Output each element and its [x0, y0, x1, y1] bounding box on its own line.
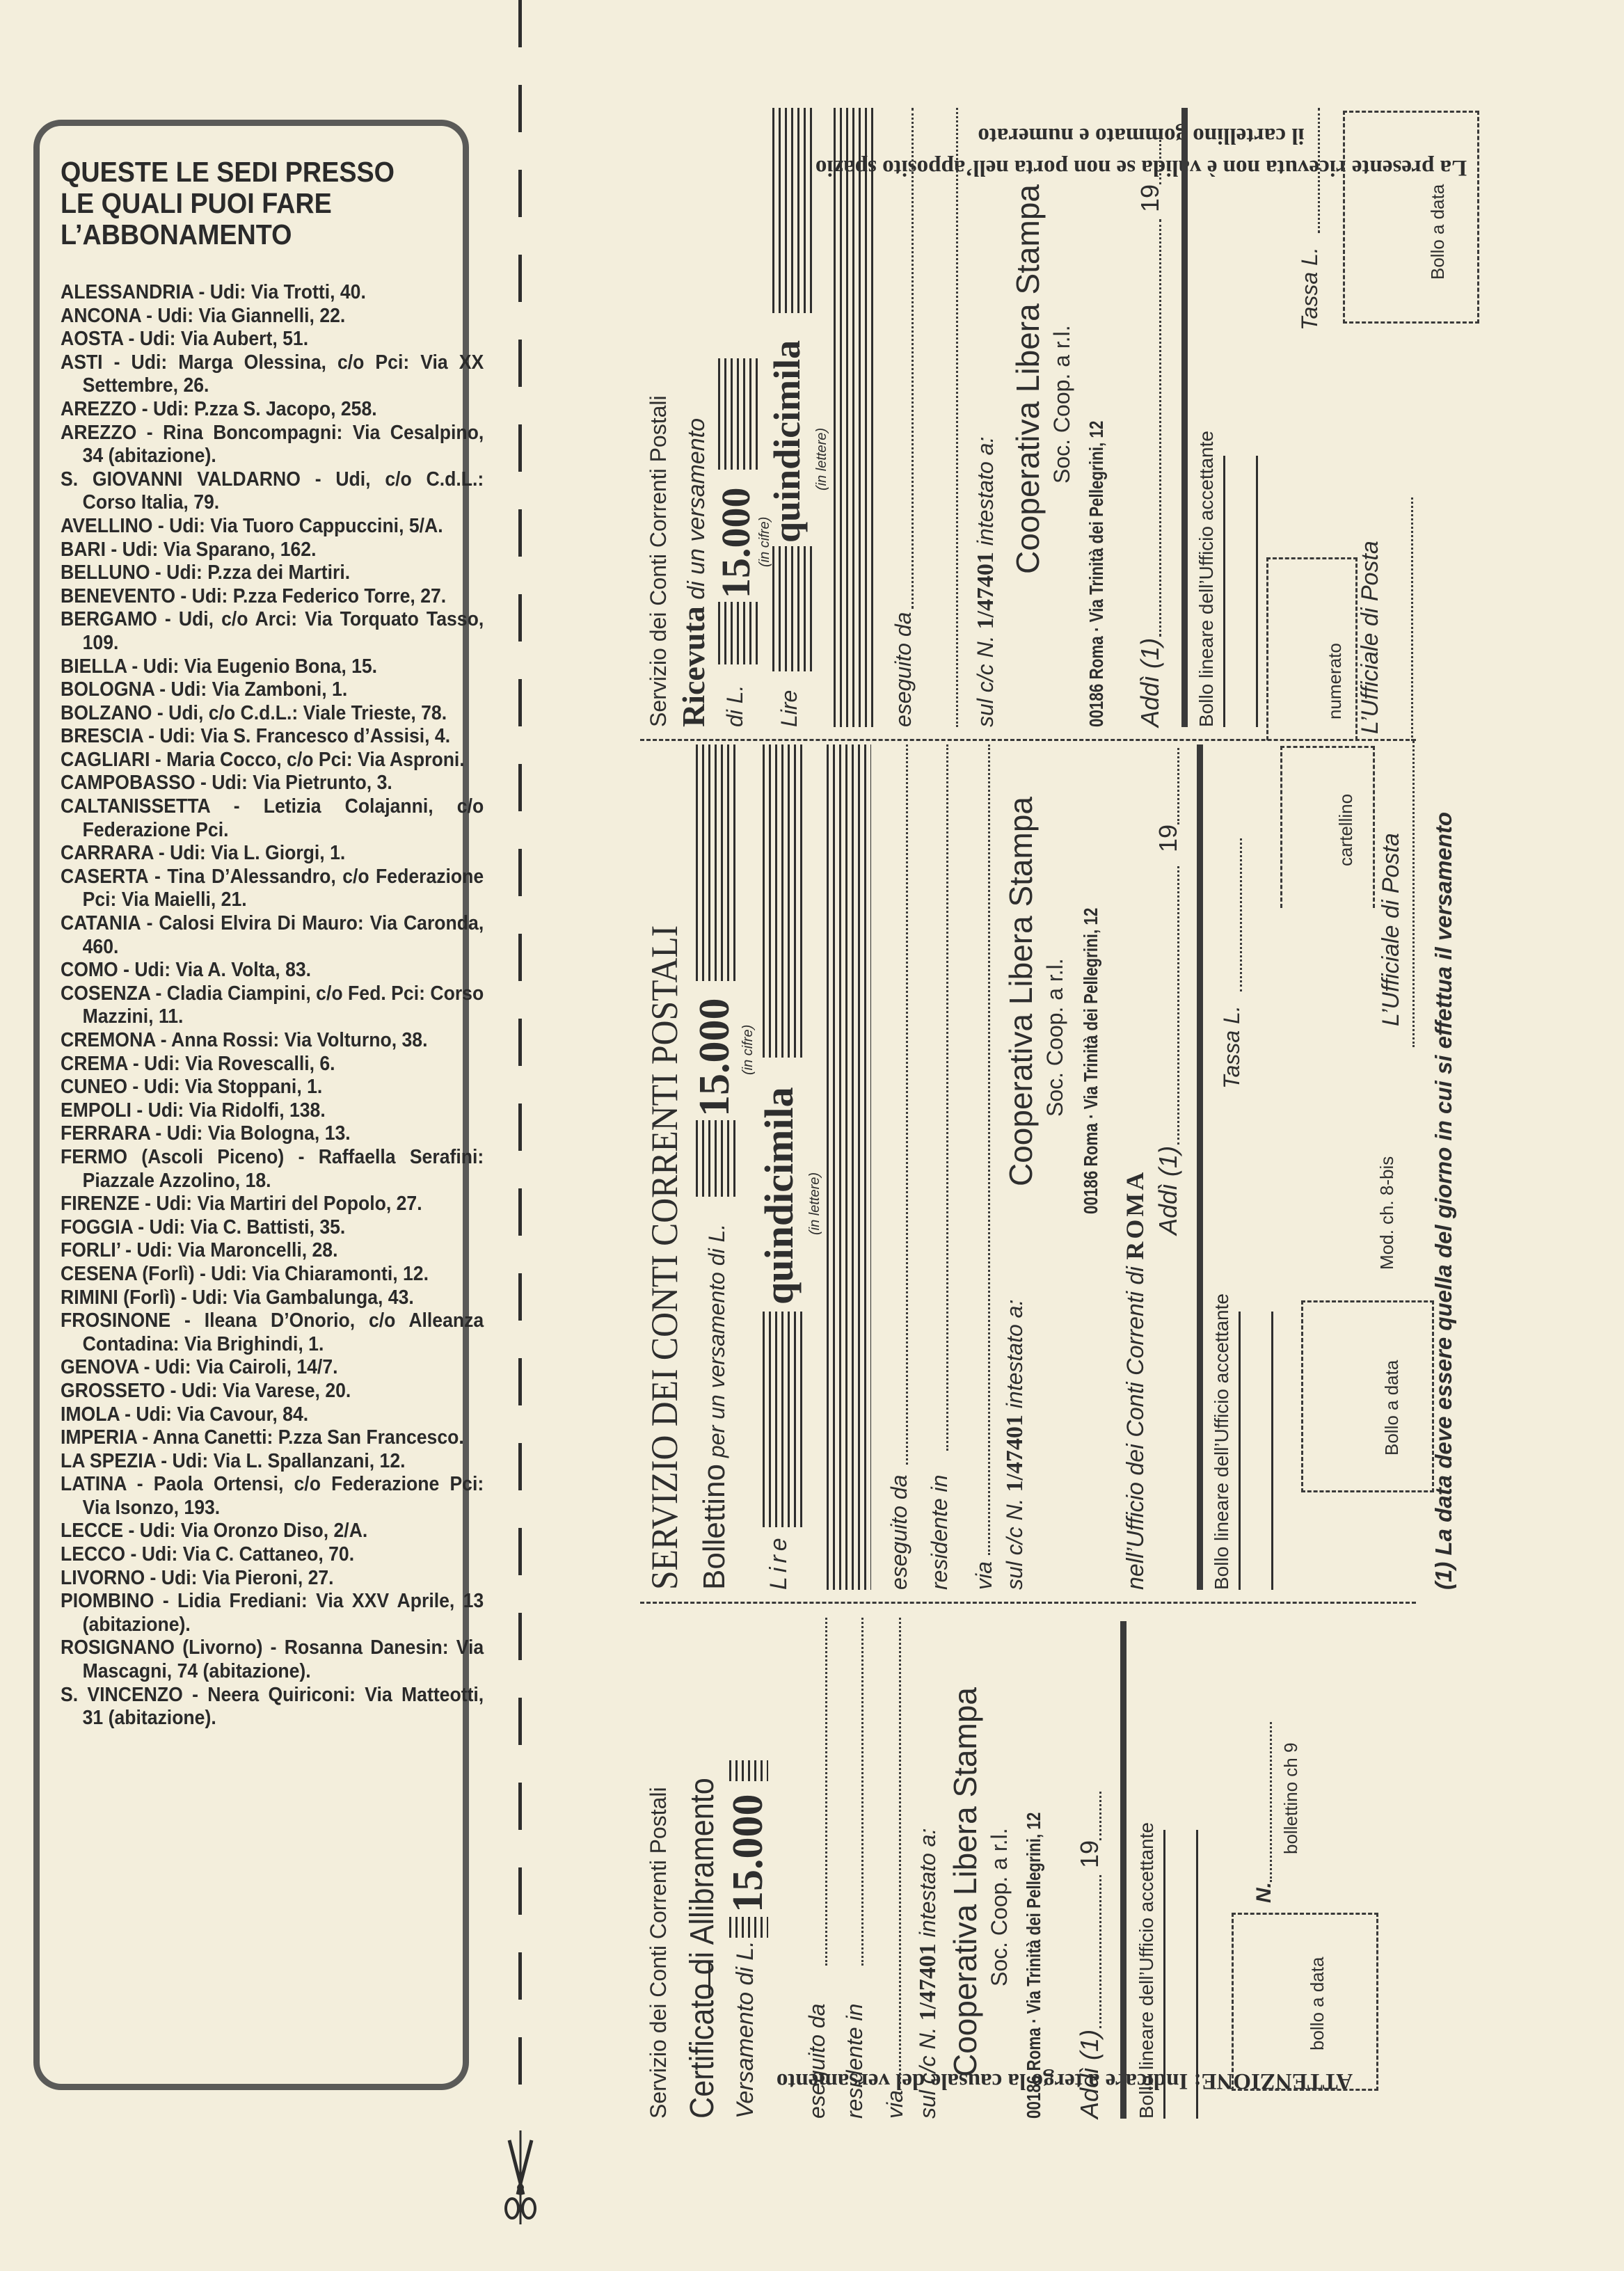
- boll-addi-label: Addì (1): [1154, 1146, 1183, 1235]
- offices-list: ALESSANDRIA - Udi: Via Trotti, 40.ANCONA…: [61, 281, 447, 1730]
- office-item: COMO - Udi: Via A. Volta, 83.: [61, 959, 484, 982]
- office-city: CAGLIARI: [61, 749, 150, 771]
- office-address: - Udi: Via Cavour, 84.: [120, 1403, 308, 1426]
- ric-eseguito-label: eseguito da: [891, 612, 916, 727]
- ric-payee: Cooperativa Libera Stampa: [1009, 184, 1046, 574]
- office-address: - Udi: Via A. Volta, 83.: [118, 959, 311, 981]
- office-city: FORLI’: [61, 1239, 120, 1261]
- ric-lire-extra-lines: [834, 108, 875, 727]
- office-city: FOGGIA: [61, 1216, 133, 1238]
- boll-residente-label: residente in: [927, 1475, 953, 1590]
- office-item: CUNEO - Udi: Via Stoppani, 1.: [61, 1076, 484, 1099]
- cert-cc-number: 1/47401: [915, 1943, 941, 2021]
- office-city: COSENZA: [61, 982, 150, 1005]
- ric-tassa-label: Tassa L.: [1297, 247, 1323, 330]
- boll-city: ROMA: [1121, 1170, 1149, 1260]
- office-item: CAGLIARI - Maria Cocco, c/o Pci: Via Asp…: [61, 749, 484, 772]
- office-city: CREMA: [61, 1053, 128, 1075]
- office-city: ANCONA: [61, 305, 141, 327]
- office-city: LECCO: [61, 1543, 125, 1565]
- office-item: RIMINI (Forlì) - Udi: Via Gambalunga, 43…: [61, 1286, 484, 1310]
- boll-cc-line: sul c/c N. 1/47401 intestato a:: [1002, 1300, 1028, 1590]
- office-address: - Udi: Via Tuoro Cappuccini, 5/A.: [152, 515, 443, 537]
- office-item: LATINA - Paola Ortensi, c/o Federazione …: [61, 1473, 484, 1520]
- office-address: - Udi: Via Maroncelli, 28.: [120, 1239, 338, 1261]
- office-item: S. VINCENZO - Neera Quiriconi: Via Matte…: [61, 1684, 484, 1730]
- office-city: GROSSETO: [61, 1380, 165, 1402]
- ric-divider: [1181, 108, 1188, 727]
- office-address: - Udi: Via Gambalunga, 43.: [175, 1286, 413, 1309]
- offices-heading: QUESTE LE SEDI PRESSO LE QUALI PUOI FARE…: [61, 157, 417, 250]
- office-item: CREMA - Udi: Via Rovescalli, 6.: [61, 1053, 484, 1076]
- office-address: - Udi: Via Sparano, 162.: [106, 539, 316, 561]
- heading-line-2: LE QUALI PUOI FARE: [61, 188, 417, 219]
- cert-residente-field[interactable]: [861, 1618, 863, 1966]
- office-city: ASTI: [61, 351, 103, 374]
- office-item: BERGAMO - Udi, c/o Arci: Via Torquato Ta…: [61, 608, 484, 655]
- office-city: S. GIOVANNI VALDARNO: [61, 468, 301, 491]
- bollettino-section: SERVIZIO DEI CONTI CORRENTI POSTALI Boll…: [640, 741, 1559, 1604]
- ric-ufficiale-signature[interactable]: [1411, 497, 1413, 741]
- ric-title: Ricevuta: [676, 606, 711, 727]
- boll-cc-label: sul c/c N.: [1002, 1498, 1027, 1590]
- office-item: BOLOGNA - Udi: Via Zamboni, 1.: [61, 678, 484, 702]
- ric-in-lettere: (in lettere): [814, 428, 830, 491]
- office-item: AREZZO - Udi: P.zza S. Jacopo, 258.: [61, 398, 484, 422]
- ric-service-label: Servizio dei Conti Correnti Postali: [646, 395, 671, 727]
- heading-line-3: L’ABBONAMENTO: [61, 219, 417, 250]
- office-city: ROSIGNANO (Livorno): [61, 1636, 262, 1659]
- boll-cartellino-box: cartellino: [1280, 746, 1375, 908]
- office-city: CREMONA: [61, 1029, 155, 1051]
- cert-date-field[interactable]: [1099, 1875, 1101, 2028]
- office-address: - Maria Cocco, c/o Pci: Via Asproni.: [150, 749, 465, 771]
- cert-service-label: Servizio dei Conti Correnti Postali: [646, 1787, 671, 2119]
- cert-amount-hatch-left: [729, 1917, 768, 1938]
- office-city: LA SPEZIA: [61, 1450, 156, 1472]
- cert-address-cap: 00186 Roma: [1023, 2027, 1044, 2119]
- office-city: FERMO (Ascoli Piceno): [61, 1146, 284, 1168]
- ric-title-line: Ricevuta di un versamento: [675, 418, 712, 727]
- ric-di-l-label: di L.: [722, 685, 748, 727]
- office-address: - Udi: Via S. Francesco d’Assisi, 4.: [143, 725, 450, 747]
- office-city: AREZZO: [61, 398, 136, 420]
- boll-lire-label: Lire: [765, 1533, 793, 1590]
- ric-amount-hatch-right: [718, 358, 760, 470]
- office-item: BIELLA - Udi: Via Eugenio Bona, 15.: [61, 655, 484, 679]
- office-city: BRESCIA: [61, 725, 143, 747]
- boll-footnote: (1) La data deve essere quella del giorn…: [1431, 812, 1457, 1590]
- cert-cc-line: sul c/c N. 1/47401 intestato a:: [915, 1828, 941, 2119]
- cert-via-field[interactable]: [899, 1618, 901, 2084]
- boll-via-label: via: [971, 1561, 997, 1590]
- office-address: - Udi: P.zza Federico Torre, 27.: [175, 585, 446, 607]
- cert-year-field[interactable]: [1099, 1792, 1101, 1840]
- boll-amount-hatch-left: [696, 1120, 738, 1197]
- ric-payee-sub: Soc. Coop. a r.l.: [1049, 325, 1075, 484]
- office-address: - Udi: Via L. Spallanzani, 12.: [156, 1450, 406, 1472]
- cert-divider: [1120, 1621, 1127, 2119]
- boll-versamento-label: per un versamento di L.: [704, 1224, 730, 1458]
- boll-payee-sub: Soc. Coop. a r.l.: [1042, 958, 1068, 1117]
- ric-eseguito-field[interactable]: [911, 108, 914, 609]
- cert-address-street: · Via Trinità dei Pellegrini, 12: [1023, 1812, 1044, 2023]
- boll-in-lettere: (in lettere): [807, 1172, 823, 1235]
- office-item: CATANIA - Calosi Elvira Di Mauro: Via Ca…: [61, 912, 484, 959]
- boll-intestato-label: intestato a:: [1002, 1300, 1027, 1409]
- office-item: S. GIOVANNI VALDARNO - Udi, c/o C.d.L.: …: [61, 468, 484, 515]
- cert-payee: Cooperativa Libera Stampa: [946, 1687, 984, 2077]
- ric-ufficiale-label: L’Ufficiale di Posta: [1357, 541, 1384, 734]
- boll-mod-label: Mod. ch. 8-bis: [1376, 1156, 1398, 1270]
- ric-cc-label: sul c/c N.: [973, 635, 998, 727]
- office-address: - Udi: P.zza dei Martiri.: [150, 561, 351, 584]
- office-address: - Udi: Via Martiri del Popolo, 27.: [140, 1193, 422, 1215]
- boll-divider: [1197, 744, 1203, 1590]
- office-item: AREZZO - Rina Boncompagni: Via Cesalpino…: [61, 422, 484, 468]
- office-city: CASERTA: [61, 866, 148, 888]
- office-city: AVELLINO: [61, 515, 152, 537]
- ric-cc-line: sul c/c N. 1/47401 intestato a:: [973, 437, 999, 727]
- cert-versamento-label: Versamento di L.: [732, 1941, 759, 2119]
- office-item: CASERTA - Tina D’Alessandro, c/o Federaz…: [61, 866, 484, 912]
- office-address: - Udi: Via Zamboni, 1.: [154, 678, 347, 701]
- ric-amount-hatch-left: [718, 602, 760, 664]
- office-address: - Udi: Via Ridolfi, 138.: [132, 1099, 326, 1122]
- office-item: IMPERIA - Anna Canetti: P.zza San France…: [61, 1426, 484, 1450]
- receipt-section: Servizio dei Conti Correnti Postali Rice…: [640, 104, 1559, 741]
- cert-bollo-lineare-box: [1163, 1830, 1198, 2119]
- boll-bollo-lineare-label: Bollo lineare dell’Ufficio accettante: [1211, 1293, 1233, 1590]
- cert-n-label: N.: [1252, 1882, 1276, 1903]
- cert-amount[interactable]: 15.000: [724, 1794, 773, 1913]
- ric-lire-label: Lire: [777, 690, 802, 727]
- office-city: RIMINI (Forlì): [61, 1286, 175, 1309]
- office-city: BELLUNO: [61, 561, 150, 584]
- cert-intestato-label: intestato a:: [915, 1828, 940, 1938]
- boll-ufficiale-label: L’Ufficiale di Posta: [1378, 833, 1405, 1026]
- office-item: AVELLINO - Udi: Via Tuoro Cappuccini, 5/…: [61, 515, 484, 539]
- office-address: - Udi: Via Oronzo Diso, 2/A.: [123, 1520, 367, 1542]
- subscription-offices-box: QUESTE LE SEDI PRESSO LE QUALI PUOI FARE…: [33, 120, 469, 2090]
- office-item: ROSIGNANO (Livorno) - Rosanna Danesin: V…: [61, 1636, 484, 1683]
- cert-title: Certificato di Allibramento: [683, 1778, 722, 2119]
- ric-eseguito-field-2[interactable]: [956, 108, 958, 727]
- office-address: - Udi: Via Bologna, 13.: [150, 1122, 351, 1145]
- office-city: BARI: [61, 539, 106, 561]
- office-item: LA SPEZIA - Udi: Via L. Spallanzani, 12.: [61, 1450, 484, 1474]
- boll-address: 00186 Roma · Via Trinità dei Pellegrini,…: [1080, 908, 1102, 1214]
- office-city: CARRARA: [61, 842, 153, 864]
- cert-bollo-data-box: bollo a data: [1232, 1913, 1378, 2091]
- boll-date-field[interactable]: [1177, 866, 1179, 1145]
- cert-eseguito-label: eseguito da: [804, 2004, 830, 2119]
- cert-year-label: 19: [1075, 1840, 1104, 1868]
- office-address: - Udi: Via L. Giorgi, 1.: [153, 842, 345, 864]
- office-item: FERMO (Ascoli Piceno) - Raffaella Serafi…: [61, 1146, 484, 1193]
- boll-title: Bollettino: [697, 1464, 732, 1590]
- ric-words-hatch-left: [772, 546, 814, 671]
- office-city: BENEVENTO: [61, 585, 175, 607]
- office-item: BELLUNO - Udi: P.zza dei Martiri.: [61, 561, 484, 585]
- office-city: LIVORNO: [61, 1567, 145, 1589]
- office-city: CESENA (Forlì): [61, 1263, 195, 1285]
- office-city: FIRENZE: [61, 1193, 140, 1215]
- office-address: - Udi: Via Pietrunto, 3.: [196, 772, 392, 794]
- office-item: CARRARA - Udi: Via L. Giorgi, 1.: [61, 842, 484, 866]
- office-address: - Udi: Via Varese, 20.: [165, 1380, 351, 1402]
- office-item: COSENZA - Cladia Ciampini, c/o Fed. Pci:…: [61, 982, 484, 1029]
- office-city: BOLOGNA: [61, 678, 154, 701]
- office-item: IMOLA - Udi: Via Cavour, 84.: [61, 1403, 484, 1427]
- ric-numerato-box: numerato: [1266, 557, 1358, 740]
- office-address: - Udi, c/o C.d.L.: Viale Trieste, 78.: [152, 702, 447, 724]
- office-item: ASTI - Udi: Marga Olessina, c/o Pci: Via…: [61, 351, 484, 398]
- office-address: - Udi: P.zza S. Jacopo, 258.: [136, 398, 376, 420]
- ric-bollo-data-label: Bollo a data: [1427, 184, 1449, 280]
- office-item: CESENA (Forlì) - Udi: Via Chiaramonti, 1…: [61, 1263, 484, 1286]
- office-city: IMPERIA: [61, 1426, 137, 1449]
- boll-cc-number: 1/47401: [1002, 1415, 1028, 1492]
- office-address: - Udi: Via C. Cattaneo, 70.: [125, 1543, 354, 1565]
- boll-payee: Cooperativa Libera Stampa: [1002, 797, 1040, 1186]
- office-address: - Rina Boncompagni: Via Cesalpino, 34 (a…: [83, 422, 484, 468]
- office-item: FIRENZE - Udi: Via Martiri del Popolo, 2…: [61, 1193, 484, 1216]
- cut-line: [518, 0, 522, 2087]
- office-city: CATANIA: [61, 912, 141, 934]
- office-item: LECCE - Udi: Via Oronzo Diso, 2/A.: [61, 1520, 484, 1543]
- office-city: COMO: [61, 959, 118, 981]
- ric-words-hatch-right: [772, 108, 814, 313]
- boll-year-field[interactable]: [1177, 748, 1179, 824]
- office-city: IMOLA: [61, 1403, 120, 1426]
- cert-cc-label: sul c/c N.: [915, 2027, 940, 2119]
- boll-words-hatch-right: [763, 744, 804, 1058]
- office-address: - Udi: Via Aubert, 51.: [123, 328, 308, 350]
- office-city: CAMPOBASSO: [61, 772, 196, 794]
- office-item: EMPOLI - Udi: Via Ridolfi, 138.: [61, 1099, 484, 1123]
- office-item: ANCONA - Udi: Via Giannelli, 22.: [61, 305, 484, 328]
- boll-service-title: SERVIZIO DEI CONTI CORRENTI POSTALI: [643, 925, 686, 1590]
- boll-ufficio-label: nell’Ufficio dei Conti Correnti di: [1122, 1266, 1149, 1590]
- office-address: - Udi: Via Rovescalli, 6.: [128, 1053, 335, 1075]
- office-address: - Udi: Via Trotti, 40.: [193, 281, 366, 303]
- scissors-icon: [502, 2130, 539, 2228]
- office-item: LIVORNO - Udi: Via Pieroni, 27.: [61, 1567, 484, 1591]
- boll-year-label: 19: [1154, 824, 1183, 852]
- office-item: BOLZANO - Udi, c/o C.d.L.: Viale Trieste…: [61, 702, 484, 726]
- ric-title-suffix: di un versamento: [683, 418, 710, 600]
- office-item: LECCO - Udi: Via C. Cattaneo, 70.: [61, 1543, 484, 1567]
- office-city: CUNEO: [61, 1076, 127, 1098]
- office-item: AOSTA - Udi: Via Aubert, 51.: [61, 328, 484, 351]
- boll-ufficio-line: nell’Ufficio dei Conti Correnti di ROMA: [1120, 1170, 1149, 1590]
- cert-payee-sub: Soc. Coop. a r.l.: [987, 1828, 1012, 1986]
- office-address: - Paola Ortensi, c/o Federazione Pci: Vi…: [83, 1473, 484, 1519]
- cert-residente-label: residente in: [842, 2004, 868, 2119]
- boll-tassa-label: Tassa L.: [1219, 1005, 1245, 1089]
- boll-bollo-data-box: Bollo a data: [1301, 1300, 1434, 1492]
- office-city: ALESSANDRIA: [61, 281, 193, 303]
- office-item: CREMONA - Anna Rossi: Via Volturno, 38.: [61, 1029, 484, 1053]
- office-city: BERGAMO: [61, 608, 157, 630]
- boll-cartellino-label: cartellino: [1335, 794, 1357, 866]
- boll-via-field[interactable]: [988, 744, 990, 1555]
- office-city: BIELLA: [61, 655, 127, 678]
- boll-tassa-field[interactable]: [1240, 838, 1242, 991]
- office-address: - Anna Canetti: P.zza San Francesco.: [137, 1426, 464, 1449]
- boll-in-cifre: (in cifre): [740, 1025, 756, 1075]
- ric-bollo-lineare-label: Bollo lineare dell’Ufficio accettante: [1195, 431, 1218, 727]
- ric-date-field[interactable]: [1159, 219, 1161, 637]
- cert-addi-label: Addì (1): [1075, 2030, 1104, 2119]
- ric-addi-label: Addì (1): [1136, 638, 1165, 727]
- office-item: FROSINONE - Ileana D’Onorio, c/o Alleanz…: [61, 1309, 484, 1356]
- cert-via-label: via: [882, 2090, 908, 2119]
- boll-ufficiale-signature[interactable]: [1412, 741, 1415, 1047]
- boll-eseguito-label: eseguito da: [886, 1475, 912, 1590]
- office-item: FERRARA - Udi: Via Bologna, 13.: [61, 1122, 484, 1146]
- office-address: - Udi: Via Pieroni, 27.: [145, 1567, 333, 1589]
- boll-eseguito-field[interactable]: [906, 744, 908, 1465]
- office-item: BARI - Udi: Via Sparano, 162.: [61, 539, 484, 562]
- ric-address: 00186 Roma · Via Trinità dei Pellegrini,…: [1085, 421, 1108, 727]
- ric-bollo-lineare-box: [1223, 456, 1258, 727]
- cert-eseguito-field[interactable]: [825, 1618, 827, 1966]
- office-city: BOLZANO: [61, 702, 152, 724]
- ric-tassa-field[interactable]: [1318, 108, 1320, 233]
- office-item: ALESSANDRIA - Udi: Via Trotti, 40.: [61, 281, 484, 305]
- cert-bollo-lineare-label: Bollo lineare dell’Ufficio accettante: [1136, 1822, 1158, 2119]
- ric-year-field[interactable]: [1159, 136, 1161, 184]
- cert-bollettino-ch: bollettino ch 9: [1280, 1743, 1302, 1854]
- boll-residente-field[interactable]: [946, 744, 948, 1451]
- office-address: - Udi: Via Chiaramonti, 12.: [195, 1263, 429, 1285]
- cert-address: 00186 Roma · Via Trinità dei Pellegrini,…: [1023, 1812, 1045, 2119]
- office-city: AREZZO: [61, 422, 136, 444]
- certificate-section: Servizio dei Conti Correnti Postali Cert…: [640, 1604, 1559, 2133]
- boll-amount-words[interactable]: quindicimila: [756, 1087, 802, 1305]
- cert-n-field[interactable]: [1270, 1722, 1272, 1882]
- office-city: AOSTA: [61, 328, 123, 350]
- office-address: - Udi: Via C. Battisti, 35.: [133, 1216, 345, 1238]
- office-address: - Anna Rossi: Via Volturno, 38.: [155, 1029, 427, 1051]
- office-address: - Udi: Via Eugenio Bona, 15.: [127, 655, 377, 678]
- office-address: - Udi: Via Cairoli, 14/7.: [138, 1356, 337, 1378]
- boll-bollo-lineare-box: [1239, 1312, 1273, 1590]
- office-item: GROSSETO - Udi: Via Varese, 20.: [61, 1380, 484, 1403]
- ric-bollo-data-box: Bollo a data: [1343, 111, 1479, 324]
- office-city: PIOMBINO: [61, 1590, 154, 1612]
- ric-numerato-label: numerato: [1324, 643, 1346, 719]
- office-address: - Udi: Marga Olessina, c/o Pci: Via XX S…: [83, 351, 484, 397]
- office-address: - Calosi Elvira Di Mauro: Via Caronda, 4…: [83, 912, 484, 958]
- office-item: GENOVA - Udi: Via Cairoli, 14/7.: [61, 1356, 484, 1380]
- ric-intestato-label: intestato a:: [973, 437, 998, 546]
- office-city: S. VINCENZO: [61, 1684, 183, 1706]
- office-city: GENOVA: [61, 1356, 138, 1378]
- office-item: BRESCIA - Udi: Via S. Francesco d’Assisi…: [61, 725, 484, 749]
- office-item: CALTANISSETTA - Letizia Colajanni, c/o F…: [61, 795, 484, 842]
- heading-line-1: QUESTE LE SEDI PRESSO: [61, 157, 417, 188]
- ric-amount[interactable]: 15.000: [713, 488, 759, 599]
- boll-amount-hatch-right: [696, 744, 738, 981]
- office-city: LATINA: [61, 1473, 127, 1495]
- cert-bollo-data-label: bollo a data: [1307, 1957, 1328, 2050]
- office-item: FORLI’ - Udi: Via Maroncelli, 28.: [61, 1239, 484, 1263]
- office-address: - Udi: Via Giannelli, 22.: [141, 305, 346, 327]
- office-address: - Udi: Via Stoppani, 1.: [127, 1076, 322, 1098]
- boll-bollo-data-label: Bollo a data: [1381, 1360, 1403, 1456]
- ric-amount-words[interactable]: quindicimila: [765, 340, 809, 543]
- ric-cc-number: 1/47401: [973, 552, 998, 629]
- office-item: CAMPOBASSO - Udi: Via Pietrunto, 3.: [61, 772, 484, 795]
- office-city: FERRARA: [61, 1122, 150, 1145]
- boll-words-hatch-left: [763, 1312, 804, 1527]
- boll-lire-extra-lines: [827, 744, 871, 1590]
- office-city: LECCE: [61, 1520, 123, 1542]
- office-city: EMPOLI: [61, 1099, 132, 1122]
- postal-payment-form: Servizio dei Conti Correnti Postali Cert…: [640, 104, 1559, 2133]
- office-city: CALTANISSETTA: [61, 795, 210, 818]
- cert-amount-hatch-right: [729, 1760, 768, 1781]
- ric-year-label: 19: [1136, 184, 1165, 212]
- office-item: BENEVENTO - Udi: P.zza Federico Torre, 2…: [61, 585, 484, 609]
- office-item: PIOMBINO - Lidia Frediani: Via XXV April…: [61, 1590, 484, 1636]
- boll-amount[interactable]: 15.000: [690, 998, 740, 1117]
- office-item: FOGGIA - Udi: Via C. Battisti, 35.: [61, 1216, 484, 1240]
- office-city: FROSINONE: [61, 1309, 170, 1332]
